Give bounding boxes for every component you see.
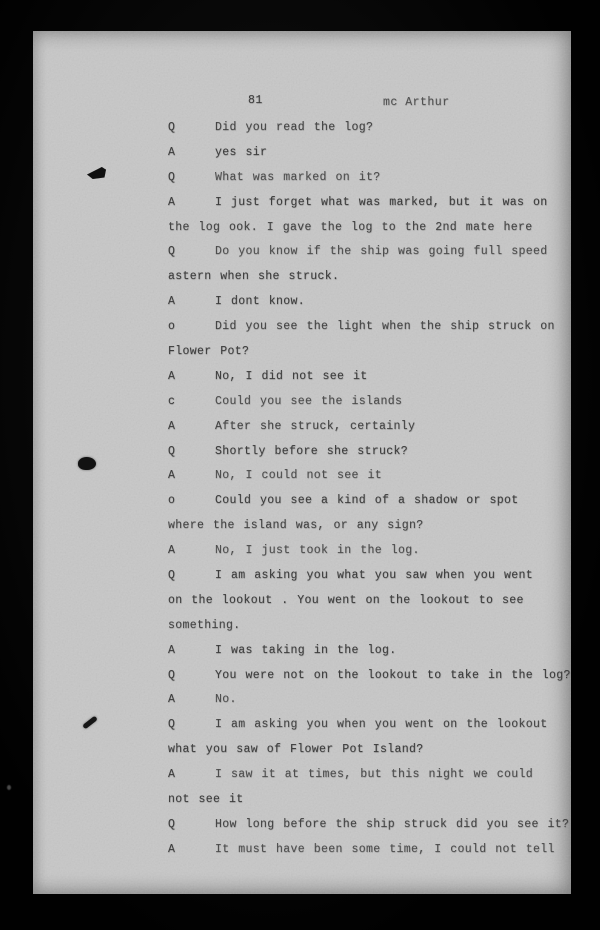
speaker-marker: A xyxy=(168,146,215,159)
line-text: something. xyxy=(168,619,241,632)
transcript-line: o Did you see the light when the ship st… xyxy=(168,314,555,339)
line-text: on the lookout . You went on the lookout… xyxy=(168,594,524,607)
transcript-line: Q How long before the ship struck did yo… xyxy=(168,812,555,837)
line-text: I dont know. xyxy=(215,295,305,308)
line-text: I just forget what was marked, but it wa… xyxy=(215,196,548,209)
transcript-line: A I just forget what was marked, but it … xyxy=(168,190,555,215)
speaker-marker: A xyxy=(168,768,215,781)
speaker-marker: Q xyxy=(168,121,215,134)
transcript-line: A No, I just took in the log. xyxy=(168,538,555,563)
line-text: Flower Pot? xyxy=(168,345,249,358)
photo-backdrop: 81 mc Arthur Q Did you read the log? A y… xyxy=(0,0,600,930)
transcript-line: c Could you see the islands xyxy=(168,389,555,414)
speaker-marker: Q xyxy=(168,718,215,731)
line-text: It must have been some time, I could not… xyxy=(215,843,555,856)
speaker-marker: Q xyxy=(168,245,215,258)
line-text: I was taking in the log. xyxy=(215,644,397,657)
transcript-line: A yes sir xyxy=(168,140,555,165)
speaker-marker: Q xyxy=(168,445,215,458)
line-text: No, I did not see it xyxy=(215,370,368,383)
transcript-line: Q I am asking you what you saw when you … xyxy=(168,563,555,588)
line-text: Could you see a kind of a shadow or spot xyxy=(215,494,519,507)
line-text: What was marked on it? xyxy=(215,171,381,184)
speaker-marker: A xyxy=(168,843,215,856)
transcript-line: A After she struck, certainly xyxy=(168,414,555,439)
transcript-line: A It must have been some time, I could n… xyxy=(168,837,555,862)
line-text: No, I could not see it xyxy=(215,469,382,482)
line-text: what you saw of Flower Pot Island? xyxy=(168,743,424,756)
line-text: the log ook. I gave the log to the 2nd m… xyxy=(168,221,533,234)
line-text: I am asking you when you went on the loo… xyxy=(215,718,548,731)
speaker-marker: A xyxy=(168,644,215,657)
speaker-marker: A xyxy=(168,469,215,482)
line-text: Did you read the log? xyxy=(215,121,373,134)
line-text: I saw it at times, but this night we cou… xyxy=(215,768,533,781)
line-text: No, I just took in the log. xyxy=(215,544,420,557)
speaker-marker: Q xyxy=(168,171,215,184)
document-page: 81 mc Arthur Q Did you read the log? A y… xyxy=(33,31,571,894)
speaker-marker: o xyxy=(168,320,215,333)
transcript-line: Q Do you know if the ship was going full… xyxy=(168,239,555,264)
transcript-line: not see it xyxy=(168,787,555,812)
transcript-line: what you saw of Flower Pot Island? xyxy=(168,737,555,762)
transcript-line: the log ook. I gave the log to the 2nd m… xyxy=(168,215,555,240)
speaker-marker: Q xyxy=(168,818,215,831)
transcript-line: A No. xyxy=(168,687,555,712)
transcript-line: A I saw it at times, but this night we c… xyxy=(168,762,555,787)
transcript-line: astern when she struck. xyxy=(168,264,555,289)
transcript-line: Q I am asking you when you went on the l… xyxy=(168,712,555,737)
speaker-marker: A xyxy=(168,544,215,557)
line-text: yes sir xyxy=(215,146,267,159)
speaker-marker: A xyxy=(168,196,215,209)
speaker-marker: Q xyxy=(168,669,215,682)
line-text: where the island was, or any sign? xyxy=(168,519,424,532)
transcript-body: Q Did you read the log? A yes sir Q What… xyxy=(33,115,571,862)
page-header: 81 mc Arthur xyxy=(33,94,571,110)
transcript-line: Flower Pot? xyxy=(168,339,555,364)
witness-name: mc Arthur xyxy=(383,96,450,109)
transcript-line: something. xyxy=(168,613,555,638)
transcript-line: o Could you see a kind of a shadow or sp… xyxy=(168,488,555,513)
line-text: Shortly before she struck? xyxy=(215,445,408,458)
line-text: astern when she struck. xyxy=(168,270,339,283)
transcript-line: Q You were not on the lookout to take in… xyxy=(168,663,555,688)
line-text: I am asking you what you saw when you we… xyxy=(215,569,533,582)
line-text: How long before the ship struck did you … xyxy=(215,818,569,831)
transcript-line: A No, I could not see it xyxy=(168,463,555,488)
line-text: You were not on the lookout to take in t… xyxy=(215,669,571,682)
transcript-line: Q Did you read the log? xyxy=(168,115,555,140)
page-number: 81 xyxy=(248,94,263,107)
line-text: After she struck, certainly xyxy=(215,420,415,433)
transcript-line: Q What was marked on it? xyxy=(168,165,555,190)
ink-blot-icon xyxy=(78,457,96,470)
transcript-line: A I was taking in the log. xyxy=(168,638,555,663)
backdrop-speck xyxy=(7,785,11,790)
line-text: No. xyxy=(215,693,237,706)
line-text: Did you see the light when the ship stru… xyxy=(215,320,555,333)
speaker-marker: Q xyxy=(168,569,215,582)
speaker-marker: A xyxy=(168,693,215,706)
transcript-line: A I dont know. xyxy=(168,289,555,314)
line-text: not see it xyxy=(168,793,244,806)
speaker-marker: A xyxy=(168,420,215,433)
transcript-line: on the lookout . You went on the lookout… xyxy=(168,588,555,613)
line-text: Could you see the islands xyxy=(215,395,402,408)
transcript-line: A No, I did not see it xyxy=(168,364,555,389)
transcript-line: where the island was, or any sign? xyxy=(168,513,555,538)
line-text: Do you know if the ship was going full s… xyxy=(215,245,548,258)
speaker-marker: A xyxy=(168,295,215,308)
transcript-line: Q Shortly before she struck? xyxy=(168,439,555,464)
speaker-marker: o xyxy=(168,494,215,507)
speaker-marker: A xyxy=(168,370,215,383)
speaker-marker: c xyxy=(168,395,215,408)
